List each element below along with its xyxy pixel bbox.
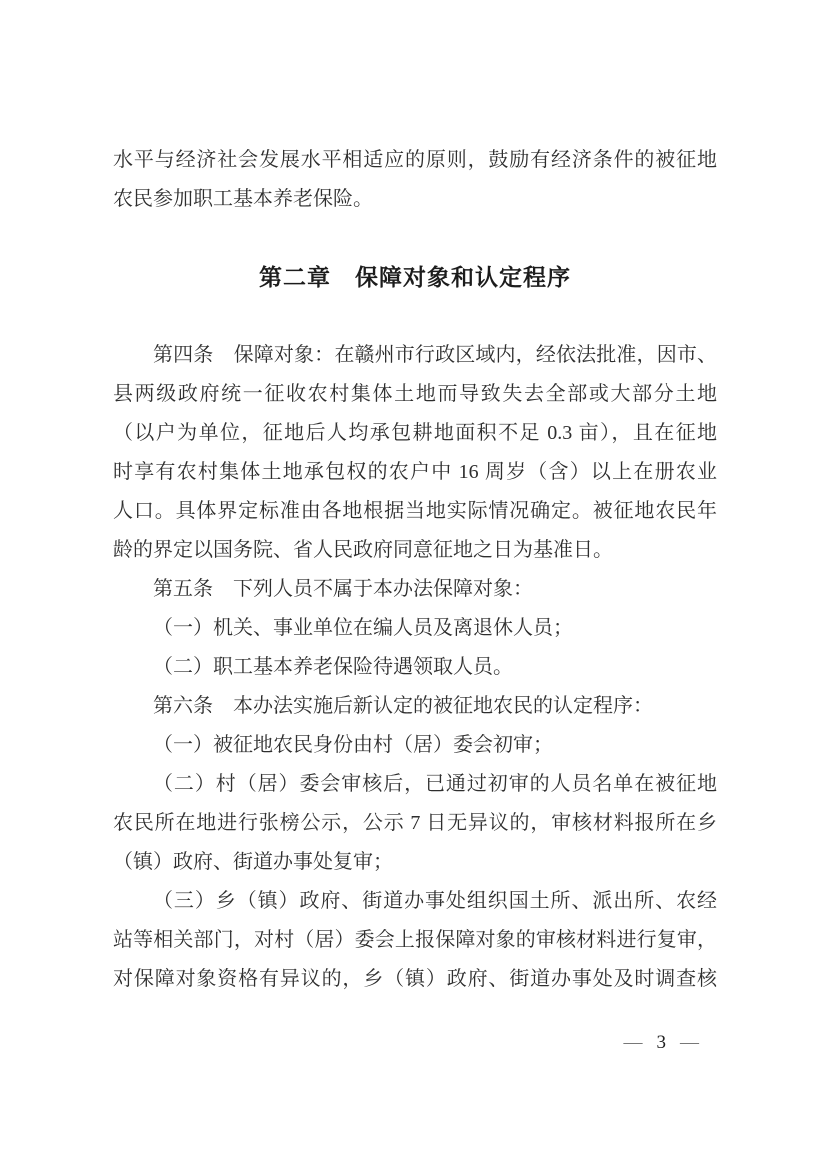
page-number-value: 3 xyxy=(657,1032,667,1053)
text-line: （一）机关、事业单位在编人员及离退休人员； xyxy=(113,609,717,648)
text-line: 对保障对象资格有异议的，乡（镇）政府、街道办事处及时调查核 xyxy=(113,960,717,999)
text-line: 站等相关部门，对村（居）委会上报保障对象的审核材料进行复审， xyxy=(113,921,717,960)
text-line: 龄的界定以国务院、省人民政府同意征地之日为基准日。 xyxy=(113,531,717,570)
text-line: （二）村（居）委会审核后，已通过初审的人员名单在被征地 xyxy=(113,765,717,804)
text-line: 时享有农村集体土地承包权的农户中 16 周岁（含）以上在册农业 xyxy=(113,453,717,492)
page-number: —3— xyxy=(624,1031,700,1055)
body-text: 第四条 保障对象：在赣州市行政区域内，经依法批准，因市、县两级政府统一征收农村集… xyxy=(113,336,717,999)
page-number-dash-left: — xyxy=(624,1032,643,1053)
text-line: 农民参加职工基本养老保险。 xyxy=(113,180,717,219)
document-page: 水平与经济社会发展水平相适应的原则，鼓励有经济条件的被征地农民参加职工基本养老保… xyxy=(0,0,827,1169)
page-number-dash-right: — xyxy=(680,1032,699,1053)
text-line: 县两级政府统一征收农村集体土地而导致失去全部或大部分土地 xyxy=(113,375,717,414)
text-line: 第四条 保障对象：在赣州市行政区域内，经依法批准，因市、 xyxy=(113,336,717,375)
text-line: （以户为单位，征地后人均承包耕地面积不足 0.3 亩），且在征地 xyxy=(113,414,717,453)
text-line: 水平与经济社会发展水平相适应的原则，鼓励有经济条件的被征地 xyxy=(113,141,717,180)
text-line: 第六条 本办法实施后新认定的被征地农民的认定程序： xyxy=(113,687,717,726)
text-line: （镇）政府、街道办事处复审； xyxy=(113,843,717,882)
intro-paragraph: 水平与经济社会发展水平相适应的原则，鼓励有经济条件的被征地农民参加职工基本养老保… xyxy=(113,141,717,219)
text-line: （二）职工基本养老保险待遇领取人员。 xyxy=(113,648,717,687)
text-line: 人口。具体界定标准由各地根据当地实际情况确定。被征地农民年 xyxy=(113,492,717,531)
chapter-heading: 第二章 保障对象和认定程序 xyxy=(113,258,717,297)
text-line: （一）被征地农民身份由村（居）委会初审； xyxy=(113,726,717,765)
text-line: 第五条 下列人员不属于本办法保障对象： xyxy=(113,570,717,609)
text-line: （三）乡（镇）政府、街道办事处组织国土所、派出所、农经 xyxy=(113,882,717,921)
text-line: 农民所在地进行张榜公示，公示 7 日无异议的，审核材料报所在乡 xyxy=(113,804,717,843)
page-content: 水平与经济社会发展水平相适应的原则，鼓励有经济条件的被征地农民参加职工基本养老保… xyxy=(113,141,717,999)
